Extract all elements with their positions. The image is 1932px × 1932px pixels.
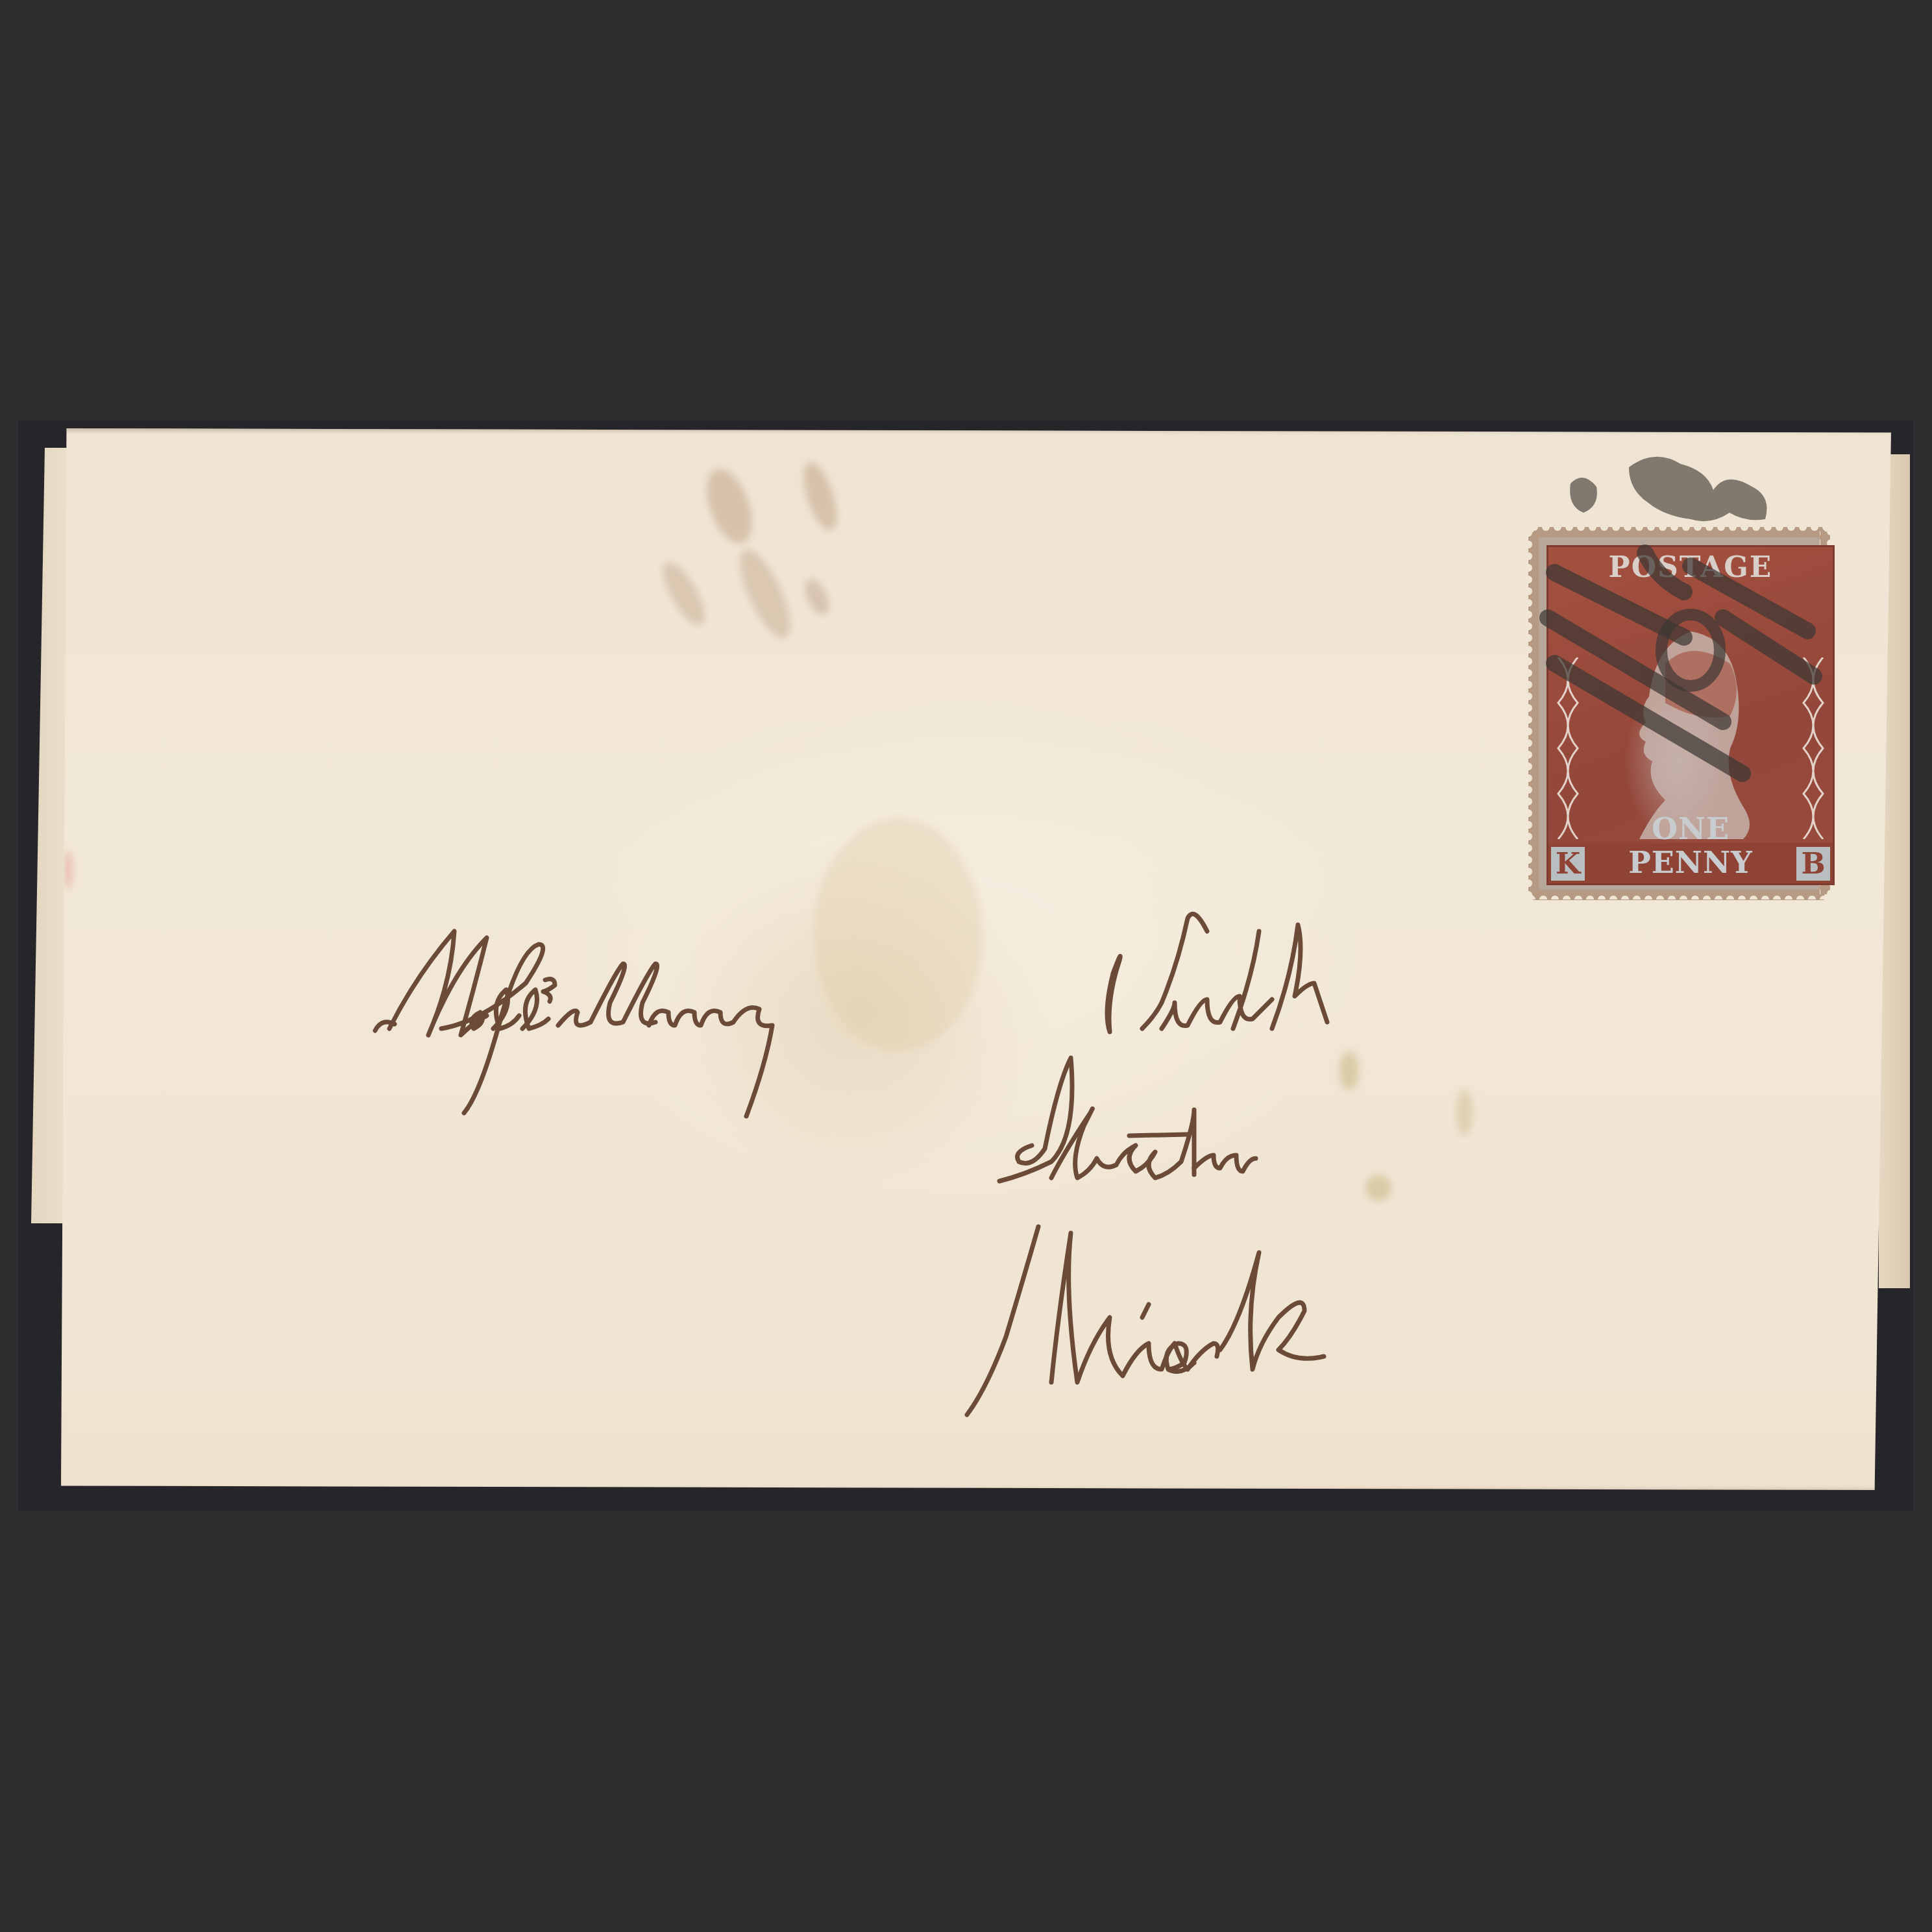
offset-ink-mark bbox=[698, 463, 761, 549]
foxing-spot bbox=[1339, 1051, 1359, 1090]
stamp-design: POSTAGE K ONE PENNY B bbox=[1547, 545, 1835, 885]
stamp-bottom-bar: K ONE PENNY B bbox=[1548, 843, 1833, 883]
offset-ink-mark bbox=[800, 575, 835, 618]
offset-ink-mark bbox=[730, 543, 801, 644]
water-stain bbox=[814, 818, 983, 1051]
postage-stamp: POSTAGE K ONE PENNY B bbox=[1528, 527, 1830, 900]
lattice-border-right bbox=[1800, 657, 1826, 839]
stamp-top-label: POSTAGE bbox=[1548, 551, 1833, 584]
foxing-spot bbox=[1365, 1175, 1391, 1201]
offset-ink-mark bbox=[655, 556, 713, 631]
red-offset-mark bbox=[64, 850, 73, 889]
foxing-spot bbox=[1456, 1090, 1473, 1136]
offset-ink-mark bbox=[797, 459, 844, 535]
stamp-corner-letter-left: K bbox=[1551, 847, 1585, 881]
stamp-corner-letter-right: B bbox=[1796, 847, 1830, 881]
stamp-value-label: ONE PENNY bbox=[1589, 812, 1792, 879]
lattice-border-left bbox=[1555, 657, 1581, 839]
